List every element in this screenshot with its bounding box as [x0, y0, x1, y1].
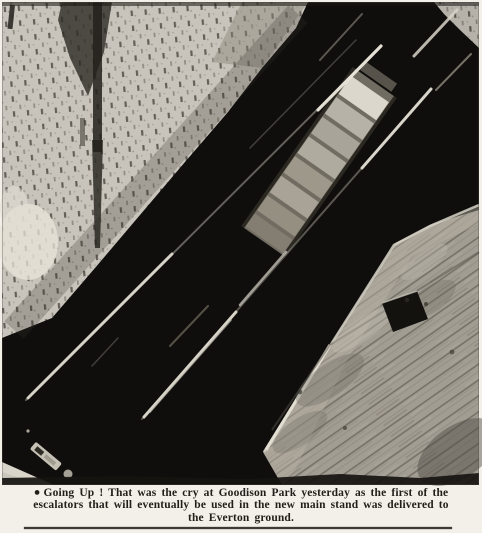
caption-line-3: the Everton ground.: [0, 512, 482, 524]
caption-line-1: ●Going Up ! That was the cry at Goodison…: [0, 487, 482, 499]
photo-caption: ●Going Up ! That was the cry at Goodison…: [0, 487, 482, 524]
bottom-rule: [24, 527, 452, 529]
photo: [0, 0, 482, 487]
caption-line-1-text: Going Up ! That was the cry at Goodison …: [44, 487, 449, 499]
photo-illustration: [0, 0, 482, 487]
caption-line-2: escalators that will eventually be used …: [0, 499, 482, 511]
newspaper-clipping: ●Going Up ! That was the cry at Goodison…: [0, 0, 482, 533]
bullet-icon: ●: [34, 487, 41, 499]
